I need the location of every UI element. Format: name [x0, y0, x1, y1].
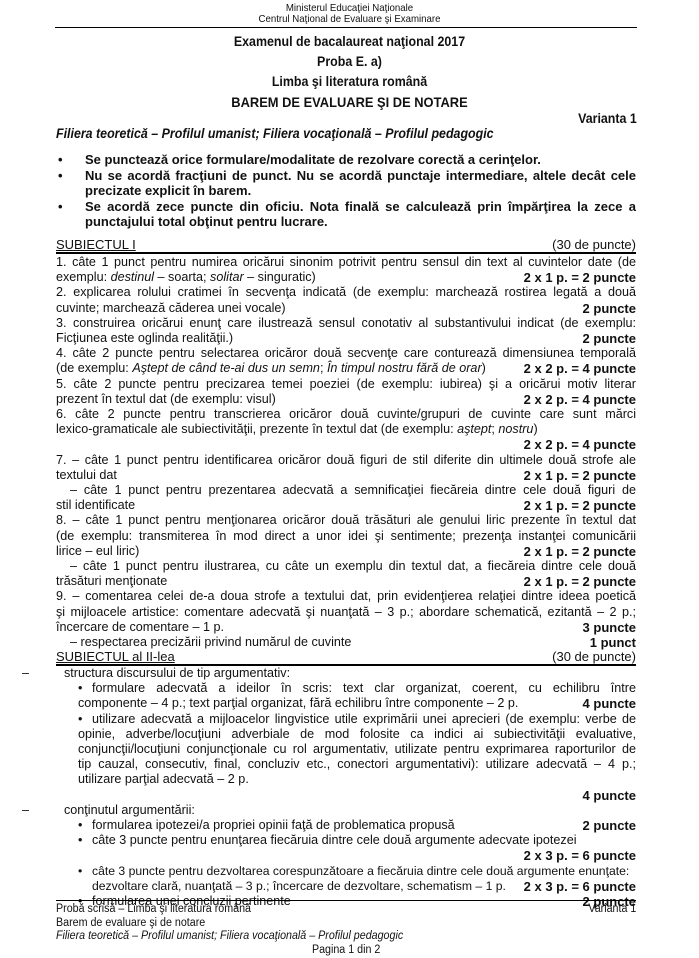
rule-item: • Se punctează orice formulare/modalitat…: [56, 152, 636, 168]
item-3-points: 2 puncte: [583, 331, 636, 346]
general-rules-list: • Se punctează orice formulare/modalitat…: [56, 152, 636, 230]
item-7-text-b: – câte 1 punct pentru prezentarea adecva…: [56, 483, 636, 498]
item-8-line5: trăsături menţionate 2 x 1 p. = 2 puncte: [56, 574, 636, 589]
item-2-points: 2 puncte: [583, 301, 636, 316]
center-name: Centrul Naţional de Evaluare şi Examinar…: [28, 14, 671, 25]
item-4-line2: (de exemplu: Aştept de când te-ai dus un…: [56, 361, 636, 376]
item-3-line2: Ficţiunea este oglinda realităţii.) 2 pu…: [56, 331, 636, 346]
item-6-text: 6. câte 2 puncte pentru transcrierea ori…: [56, 407, 636, 422]
item-5-line2: prezent în textul dat (de exemplu: visul…: [56, 392, 636, 407]
item-2-text: 2. explicarea rolului cratimei în secven…: [56, 285, 636, 300]
item-2-line2: cuvinte; marchează căderea unei vocale) …: [56, 301, 636, 316]
footer-divider: [56, 900, 636, 901]
item-7-line4: stil identificate 2 x 1 p. = 2 puncte: [56, 498, 636, 513]
header-divider: [55, 27, 637, 28]
structure-group: – structura discursului de tip argumenta…: [56, 666, 636, 681]
bullet-icon: •: [78, 712, 92, 727]
subject-title: Limba şi literatura română: [28, 74, 671, 89]
exam-title: Examenul de bacalaureat naţional 2017: [28, 34, 671, 49]
item-1-text: 1. câte 1 punct pentru numirea oricărui …: [56, 255, 636, 270]
item-9-line3: încercare de comentare – 1 p. 3 puncte: [56, 620, 636, 635]
item-6-points: 2 x 2 p. = 4 puncte: [524, 437, 636, 452]
content-group: – conţinutul argumentării:: [56, 803, 636, 818]
item-9-points-a: 3 puncte: [583, 620, 636, 635]
section-heading-subiect-2: SUBIECTUL al II-lea (30 de puncte): [56, 650, 636, 666]
rule-text: Se acordă zece puncte din oficiu. Nota f…: [85, 199, 636, 230]
item-9-text: 9. – comentarea celei de-a doua strofe a…: [56, 589, 636, 604]
content-label: conţinutul argumentării:: [64, 803, 195, 818]
proba-title: Proba E. a): [28, 54, 671, 69]
dash-marker: –: [22, 666, 64, 681]
footer-variant: Varianta 1: [588, 903, 636, 917]
structure-bullet-1: •formulare adecvată a ideilor în scris: …: [56, 681, 636, 711]
item-1-line2: exemplu: destinul – soarta; solitar – si…: [56, 270, 636, 285]
rule-item: • Nu se acordă fracţiuni de punct. Nu se…: [56, 168, 636, 199]
content-bullet-2: •câte 3 puncte pentru enunţarea fiecărui…: [56, 833, 636, 863]
structure-bullet-2: •utilizare adecvată a mijloacelor lingvi…: [56, 712, 636, 803]
item-8-points-a: 2 x 1 p. = 2 puncte: [524, 544, 636, 559]
bullet-icon: •: [78, 864, 92, 879]
rule-text: Se punctează orice formulare/modalitate …: [85, 152, 636, 168]
item-9-text-2: şi mijloacele artistice: comentare adecv…: [56, 605, 636, 620]
item-5-points: 2 x 2 p. = 4 puncte: [524, 392, 636, 407]
variant-label: Varianta 1: [578, 111, 637, 126]
structure-label: structura discursului de tip argumentati…: [64, 666, 290, 681]
item-1-points: 2 x 1 p. = 2 puncte: [524, 270, 636, 285]
document-type-title: BAREM DE EVALUARE ŞI DE NOTARE: [28, 94, 671, 110]
section-points: (30 de puncte): [552, 650, 636, 664]
item-5-text: 5. câte 2 puncte pentru precizarea temei…: [56, 377, 636, 392]
item-9-line4: – respectarea precizării privind numărul…: [56, 635, 636, 650]
section-heading-subiect-1: SUBIECTUL I (30 de puncte): [56, 238, 636, 254]
item-3-text: 3. construirea oricărui enunţ care ilust…: [56, 316, 636, 331]
item-4-points: 2 x 2 p. = 4 puncte: [524, 361, 636, 376]
dash-marker: –: [22, 803, 64, 818]
bullet-icon: •: [56, 168, 85, 199]
item-9-points-b: 1 punct: [590, 635, 636, 650]
subiect-1-items: 1. câte 1 punct pentru numirea oricărui …: [56, 255, 636, 650]
item-4-text: 4. câte 2 puncte pentru selectarea orică…: [56, 346, 636, 361]
rule-item: • Se acordă zece puncte din oficiu. Nota…: [56, 199, 636, 230]
track-label: Filiera teoretică – Profilul umanist; Fi…: [56, 126, 494, 141]
bullet-icon: •: [56, 199, 85, 230]
item-8-points-b: 2 x 1 p. = 2 puncte: [524, 574, 636, 589]
item-7-points-a: 2 x 1 p. = 2 puncte: [524, 468, 636, 483]
footer-doc-label: Barem de evaluare şi de notare: [56, 917, 595, 931]
item-6-line3: 2 x 2 p. = 4 puncte: [56, 437, 636, 452]
subiect-2-items: – structura discursului de tip argumenta…: [56, 666, 636, 909]
page-number: Pagina 1 din 2: [56, 944, 636, 958]
section-points: (30 de puncte): [552, 238, 636, 252]
item-7-line2: textului dat 2 x 1 p. = 2 puncte: [56, 468, 636, 483]
item-7-text: 7. – câte 1 punct pentru identificarea o…: [56, 453, 636, 468]
item-8-text: 8. – câte 1 punct pentru menţionarea ori…: [56, 513, 636, 528]
item-8-text-b: – câte 1 punct pentru ilustrarea, cu cât…: [56, 559, 636, 574]
issuer-header: Ministerul Educaţiei Naţionale Centrul N…: [28, 3, 671, 25]
item-6-line2: lexico-gramaticale ale subiectivităţii, …: [56, 422, 636, 437]
section-title: SUBIECTUL I: [56, 238, 136, 252]
rule-text: Nu se acordă fracţiuni de punct. Nu se a…: [85, 168, 636, 199]
content-bullet-1: •formularea ipotezei/a propriei opinii f…: [56, 818, 636, 833]
footer-track-label: Filiera teoretică – Profilul umanist; Fi…: [56, 930, 595, 944]
bullet-icon: •: [78, 818, 92, 833]
bullet-icon: •: [78, 833, 92, 848]
section-title: SUBIECTUL al II-lea: [56, 650, 175, 664]
item-7-points-b: 2 x 1 p. = 2 puncte: [524, 498, 636, 513]
page-footer: Probă scrisă – Limba şi literatura român…: [56, 903, 595, 957]
content-bullet-3: •câte 3 puncte pentru dezvoltarea coresp…: [56, 864, 636, 894]
bullet-icon: •: [56, 152, 85, 168]
bullet-icon: •: [78, 681, 92, 696]
item-8-line3: lirice – eul liric) 2 x 1 p. = 2 puncte: [56, 544, 636, 559]
item-8-text-2: (de exemplu: transmiterea în mod direct …: [56, 529, 636, 544]
footer-exam-label: Probă scrisă – Limba şi literatura român…: [56, 903, 251, 917]
